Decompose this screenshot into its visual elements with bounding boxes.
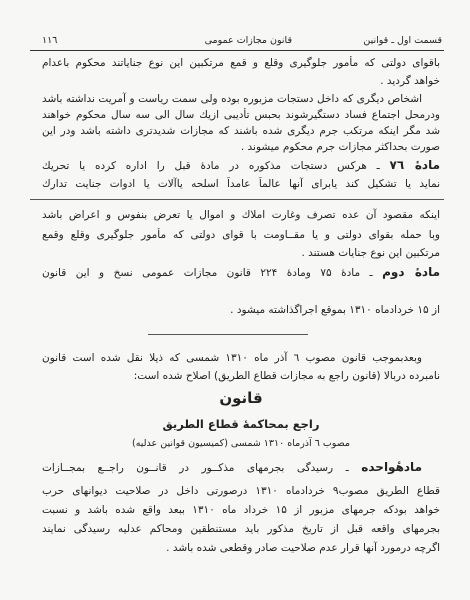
section-title: قسمت اول ـ قوانین <box>363 35 442 46</box>
paragraph-line: صورت بحداکثر مجازات جرم محکوم میشوند . <box>42 140 440 154</box>
article-2-label: مادهٔ دوم <box>382 265 440 279</box>
paragraph-line: قطاع الطریق مصوب۹ خردادماه ۱۳۱۰ درصورتی … <box>42 484 440 498</box>
article-76-label: مادهٔ ۷٦ <box>390 158 440 172</box>
running-header: قسمت اول ـ قوانین قانون مجازات عمومی ۱۱٦ <box>30 35 442 49</box>
law-approval: مصوب ٦ آذرماه ۱۳۱۰ شمسی (کمیسیون قوانین … <box>42 437 440 451</box>
page-number: ۱۱٦ <box>42 35 57 46</box>
paragraph-line: مرتکبین این نوع جنایات هستند . <box>42 246 440 260</box>
paragraph-line: باقوای دولتی که مأمور جلوگیری وقلع و قمع… <box>42 56 440 70</box>
article-2-line: مادهٔ دوم ـ مادهٔ ۷۵ ومادهٔ ۲۲۴ قانون مج… <box>42 265 440 280</box>
paragraph-line: وبا حمله بقوای دولتی و یا مقــاومت با قو… <box>42 228 440 242</box>
note-line: وبعدبموجب قانون مصوب ٦ آذر ماه ۱۳۱۰ شمسی… <box>42 351 422 365</box>
note-line: نامبرده دربالا (قانون راجع به مجازات قطا… <box>42 369 440 383</box>
book-title: قانون مجازات عمومی <box>205 35 292 46</box>
paragraph-line: خواهد بودکه جرمهای مزبور از ۱۵ خرداد ماه… <box>42 503 440 517</box>
paragraph-line: اگرچه درمورد آنها قرار عدم صلاحیت صادر و… <box>42 541 440 555</box>
paragraph-line: خواهد گردید . <box>42 74 440 88</box>
paragraph-line: ودرمحل اجتماع فساد دستگیرشوند بحبس تأدیب… <box>42 108 440 122</box>
separator-rule <box>148 334 308 335</box>
paragraph-line: شد مگر اینکه مرتکب جرم دیگری شده باشند ک… <box>42 124 440 138</box>
paragraph-line: از ۱۵ خردادماه ۱۳۱۰ بموقع اجراگذاشته میش… <box>42 303 440 317</box>
section-rule <box>30 199 444 200</box>
law-title: قانون <box>42 389 440 407</box>
header-rule <box>30 50 444 51</box>
single-article-label: مادهٔواحده <box>361 460 422 474</box>
paragraph-line: نماید یا تشکیل کند یابرای آنها عالماً عا… <box>42 177 440 191</box>
document-page: قسمت اول ـ قوانین قانون مجازات عمومی ۱۱٦… <box>0 0 470 600</box>
paragraph-line: اشخاص دیگری که داخل دستجات مزبوره بوده و… <box>42 92 422 106</box>
paragraph-line: بجرمهای واقعه قبل از تاریخ مذکور باید مس… <box>42 522 440 536</box>
paragraph-line: اینکه مقصود آن عده تصرف وغارت املاك و ام… <box>42 208 440 222</box>
single-article-line: مادهٔواحده ـ رسیدگی بجرمهای مذکــور در ق… <box>42 460 422 475</box>
article-76-line: مادهٔ ۷٦ ـ هرکس دستجات مذکوره در مادهٔ ق… <box>42 158 440 173</box>
law-subtitle: راجع بمحاکمهٔ قطاع الطریق <box>42 417 440 431</box>
